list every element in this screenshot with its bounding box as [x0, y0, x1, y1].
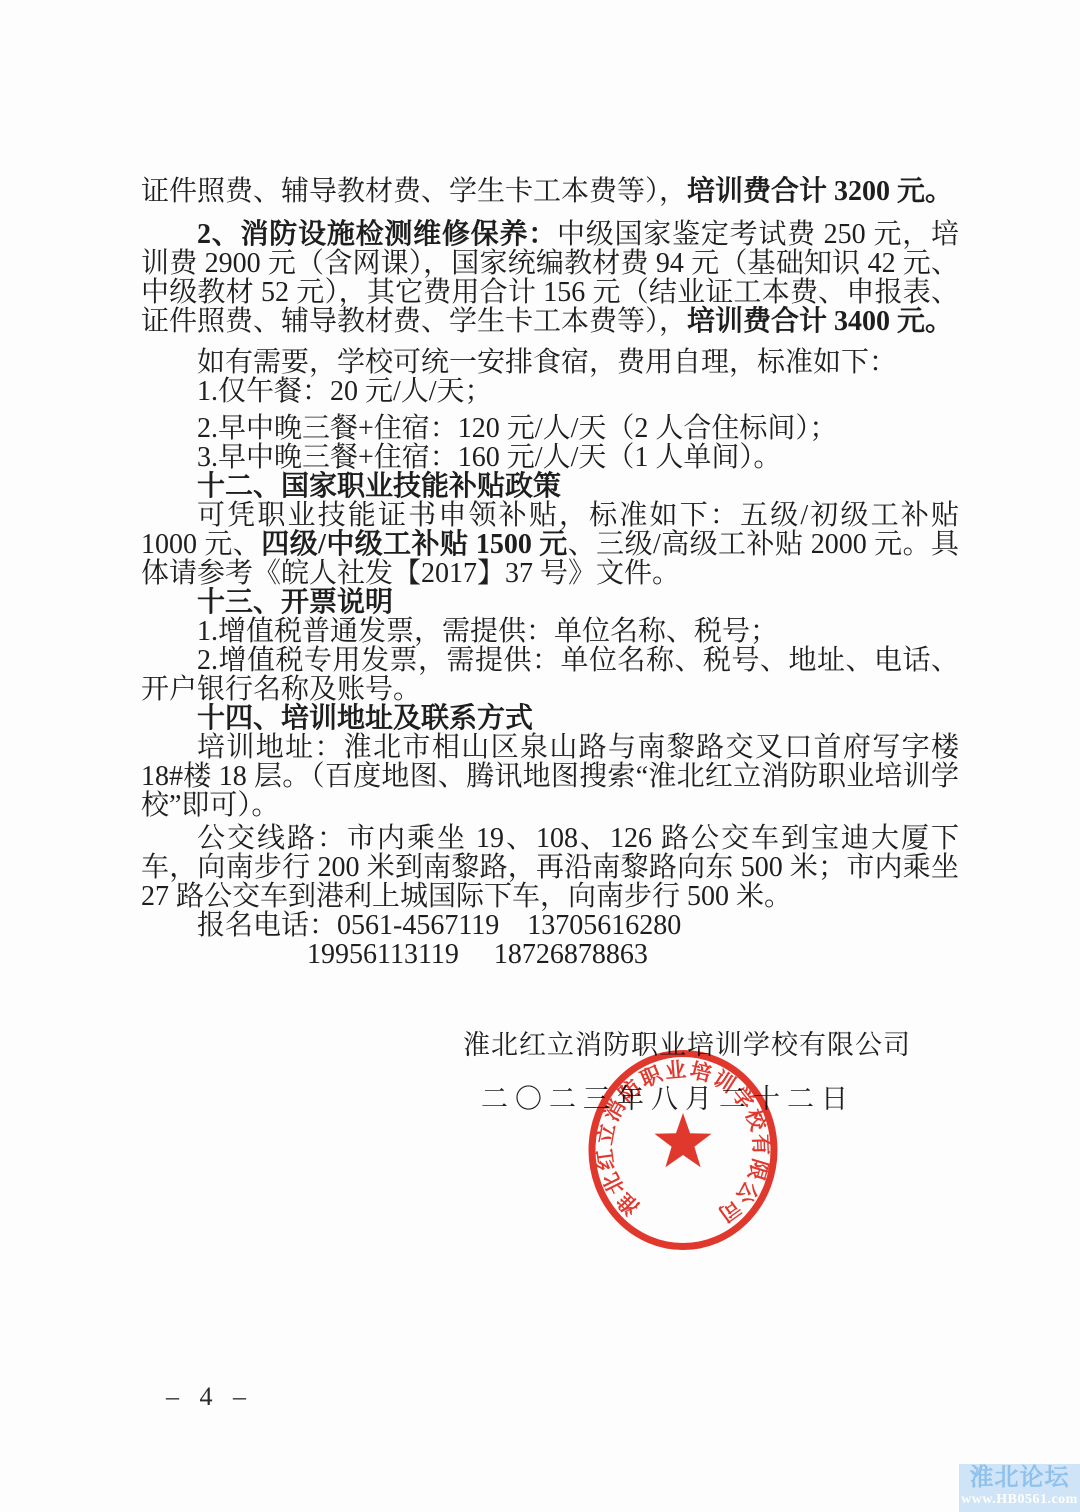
invoice-option-2: 2.增值税专用发票，需提供：单位名称、税号、地址、电话、开户银行名称及账号。: [141, 646, 959, 704]
section-12-heading: 十二、国家职业技能补贴政策: [141, 472, 959, 501]
meal-option-1: 1.仅午餐：20 元/人/天；: [141, 377, 959, 406]
company-seal: 淮北红立消防职业培训学校有限公司: [585, 1047, 781, 1253]
phone-numbers-line1: 报名电话：0561-4567119 13705616280: [141, 911, 959, 940]
signature-date: 二〇二三年八月二十二日: [141, 1085, 959, 1114]
invoice-option-1: 1.增值税普通发票，需提供：单位名称、税号；: [141, 617, 959, 646]
section-13-heading: 十三、开票说明: [141, 588, 959, 617]
watermark-site-name: 淮北论坛: [959, 1464, 1080, 1492]
paragraph-subsidy: 可凭职业技能证书申领补贴，标准如下：五级/初级工补贴 1000 元、四级/中级工…: [141, 501, 959, 588]
paragraph-address: 培训地址：淮北市相山区泉山路与南黎路交叉口首府写字楼18#楼 18 层。（百度地…: [141, 733, 959, 820]
subsidy-bold-1500: 四级/中级工补贴 1500 元: [261, 529, 567, 560]
document-page: 证件照费、辅导教材费、学生卡工本费等），培训费合计 3200 元。 2、消防设施…: [0, 0, 1080, 1512]
section-14-heading: 十四、培训地址及联系方式: [141, 704, 959, 733]
star-icon: [654, 1113, 711, 1167]
document-body: 证件照费、辅导教材费、学生卡工本费等），培训费合计 3200 元。 2、消防设施…: [141, 177, 959, 1114]
watermark-site-url: www.HB0561.com: [959, 1492, 1080, 1508]
course-2-title: 2、消防设施检测维修保养：: [197, 219, 557, 250]
meal-option-3: 3.早中晚三餐+住宿：160 元/人/天（1 人单间）。: [141, 443, 959, 472]
fee-detail-text: 证件照费、辅导教材费、学生卡工本费等），: [141, 176, 687, 207]
paragraph-bus-route: 公交线路：市内乘坐 19、108、126 路公交车到宝迪大厦下车，向南步行 20…: [141, 824, 959, 911]
fee-total-3400: 培训费合计 3400 元。: [687, 306, 953, 337]
meal-option-2: 2.早中晚三餐+住宿：120 元/人/天（2 人合住标间）；: [141, 414, 959, 443]
page-number: – 4 –: [166, 1382, 253, 1412]
paragraph-maintenance-course: 2、消防设施检测维修保养：中级国家鉴定考试费 250 元，培训费 2900 元（…: [141, 220, 959, 336]
watermark-badge: 淮北论坛 www.HB0561.com: [959, 1464, 1080, 1512]
signature-company-name: 淮北红立消防职业培训学校有限公司: [141, 1031, 959, 1060]
fee-total-3200: 培训费合计 3200 元。: [687, 176, 953, 207]
paragraph-fee-total-1: 证件照费、辅导教材费、学生卡工本费等），培训费合计 3200 元。: [141, 177, 959, 206]
paragraph-lodging-intro: 如有需要，学校可统一安排食宿，费用自理，标准如下：: [141, 348, 959, 377]
phone-numbers-line2: 19956113119 18726878863: [141, 940, 959, 969]
